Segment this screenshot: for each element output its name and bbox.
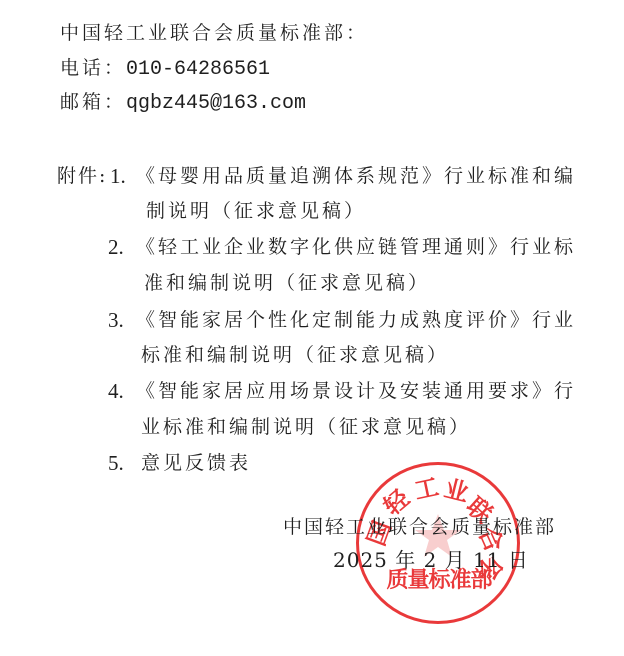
seal-arc-char: 业 [441, 469, 473, 509]
attachment-number: 2. [108, 235, 124, 259]
official-seal: 国 轻 工 业 联 合 会 质量标准部 [356, 462, 520, 624]
attachment-title: 《智能家居应用场景设计及安装通用要求》行 [136, 379, 576, 403]
attachments-label: 附件: [57, 164, 107, 188]
attachment-title: 意见反馈表 [141, 451, 251, 475]
seal-arc-char: 工 [411, 467, 442, 506]
phone-value: 010-64286561 [126, 58, 270, 81]
contact-org: 中国轻工业联合会质量标准部： [60, 21, 368, 45]
signature-org: 中国轻工业联合会质量标准部 [283, 515, 556, 539]
attachment-title-cont: 准和编制说明（征求意见稿） [144, 271, 430, 295]
contact-email: 邮箱：qgbz445@163.com [60, 90, 306, 116]
attachment-number: 3. [108, 308, 124, 332]
attachment-title-cont: 标准和编制说明（征求意见稿） [141, 343, 449, 367]
email-label: 邮箱： [60, 91, 126, 113]
email-value[interactable]: qgbz445@163.com [126, 92, 306, 115]
contact-phone: 电话：010-64286561 [60, 56, 270, 82]
attachment-title: 《母婴用品质量追溯体系规范》行业标准和编 [136, 164, 576, 188]
phone-label: 电话： [60, 57, 126, 79]
attachment-title-cont: 业标准和编制说明（征求意见稿） [141, 415, 471, 439]
attachment-number: 5. [108, 451, 124, 475]
attachment-title: 《轻工业企业数字化供应链管理通则》行业标 [136, 235, 576, 259]
signature-date: 2025 年 2 月 11 日 [333, 548, 529, 572]
attachment-title-cont: 制说明（征求意见稿） [146, 199, 366, 223]
attachment-number: 1. [110, 164, 126, 188]
attachment-title: 《智能家居个性化定制能力成熟度评价》行业 [136, 308, 576, 332]
attachment-number: 4. [108, 379, 124, 403]
